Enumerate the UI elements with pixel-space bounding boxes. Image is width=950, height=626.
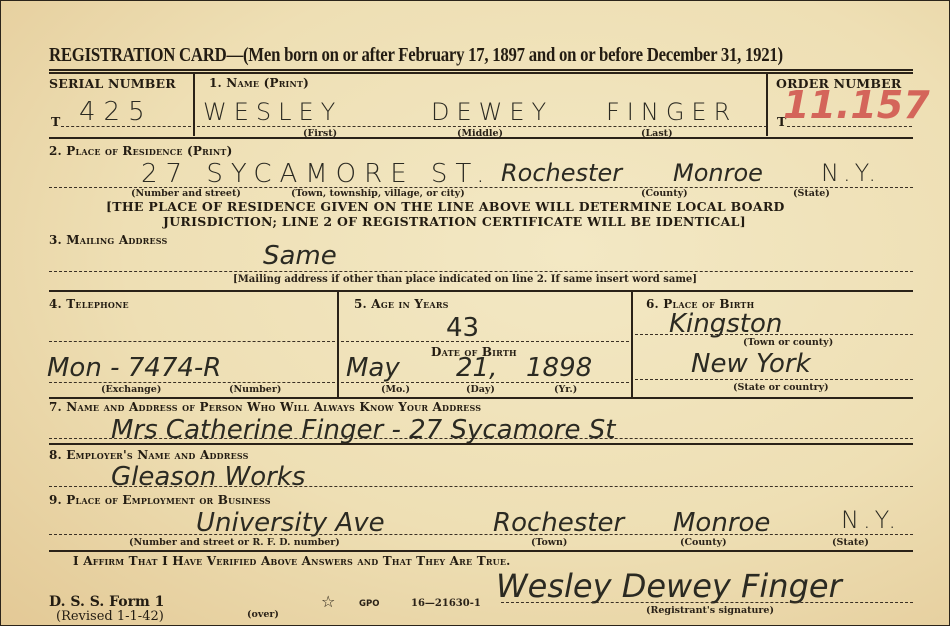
gpo-mark: GPO	[359, 599, 379, 609]
employment-street-caption: (Number and street or R. F. D. number)	[129, 537, 340, 548]
title-rule	[49, 69, 913, 71]
birthplace-state-line	[635, 379, 913, 380]
residence-street: 27 SYCAMORE ST.	[141, 159, 492, 189]
title-rule-double	[49, 72, 913, 74]
name-label: 1. Name (Print)	[209, 76, 309, 90]
employer-label: 8. Employer's Name and Address	[49, 448, 249, 462]
age-line	[341, 341, 629, 342]
serial-number-value: 425	[79, 97, 153, 127]
mailing-value: Same	[263, 241, 337, 271]
form-revised: (Revised 1-1-42)	[56, 609, 164, 624]
age-value: 43	[446, 313, 479, 343]
telephone-number-caption: (Number)	[229, 384, 281, 395]
telephone-value: Mon - 7474-R	[47, 353, 221, 383]
signature-line	[501, 602, 913, 603]
residence-notice-line1: [THE PLACE OF RESIDENCE GIVEN ON THE LIN…	[106, 199, 785, 214]
employer-value: Gleason Works	[111, 462, 305, 492]
mailing-caption: [Mailing address if other than place ind…	[233, 274, 697, 285]
telephone-exchange-caption: (Exchange)	[101, 384, 161, 395]
print-code: 16—21630-1	[411, 598, 481, 609]
employment-state: N.Y.	[841, 506, 900, 534]
dob-month: May	[346, 353, 400, 383]
residence-street-caption: (Number and street)	[131, 188, 241, 199]
employment-town-caption: (Town)	[531, 537, 567, 548]
residence-state-caption: (State)	[793, 188, 830, 199]
mailing-label: 3. Mailing Address	[49, 233, 168, 247]
serial-prefix: T	[51, 114, 61, 129]
row3-rule	[49, 290, 913, 292]
employment-county-caption: (County)	[680, 537, 727, 548]
employment-state-caption: (State)	[832, 537, 869, 548]
employment-line	[49, 534, 913, 535]
form-name: D. S. S. Form 1	[49, 594, 164, 610]
row9-rule	[49, 550, 913, 552]
name-last: FINGER	[606, 98, 737, 126]
registrant-signature: Wesley Dewey Finger	[496, 567, 842, 605]
row1-rule	[49, 137, 913, 139]
birthplace-state-caption: (State or country)	[733, 382, 829, 393]
residence-state: N.Y.	[821, 159, 880, 187]
employment-place-label: 9. Place of Employment or Business	[49, 493, 271, 507]
dob-year-caption: (Yr.)	[554, 384, 577, 395]
registration-card: REGISTRATION CARD—(Men born on or after …	[0, 0, 950, 626]
dob-day-caption: (Day)	[466, 384, 495, 395]
over-note: (over)	[247, 609, 279, 620]
residence-notice-line2: JURISDICTION; LINE 2 OF REGISTRATION CER…	[163, 214, 746, 229]
row7-rule	[49, 443, 913, 445]
signature-caption: (Registrant's signature)	[646, 605, 774, 616]
contact-value: Mrs Catherine Finger - 27 Sycamore St	[111, 415, 615, 445]
name-middle: DEWEY	[431, 98, 553, 126]
residence-county-caption: (County)	[641, 188, 688, 199]
dob-day: 21,	[456, 353, 497, 383]
name-line	[197, 126, 767, 127]
contact-label: 7. Name and Address of Person Who Will A…	[49, 400, 481, 414]
residence-town: Rochester	[501, 159, 622, 187]
telephone-label: 4. Telephone	[49, 297, 129, 311]
name-first: WESLEY	[203, 98, 342, 126]
birthplace-town-caption: (Town or county)	[743, 337, 833, 348]
dob-month-caption: (Mo.)	[381, 384, 410, 395]
row4-rule	[49, 397, 913, 399]
serial-number-label: SERIAL NUMBER	[49, 76, 176, 91]
mailing-line	[49, 271, 913, 272]
affirmation-text: I Affirm That I Have Verified Above Answ…	[73, 554, 511, 568]
card-title: REGISTRATION CARD—(Men born on or after …	[49, 45, 783, 67]
employer-line	[49, 486, 913, 487]
contact-line	[49, 438, 913, 439]
star-icon: ☆	[321, 592, 335, 611]
residence-label: 2. Place of Residence (Print)	[49, 144, 232, 158]
residence-town-caption: (Town, township, village, or city)	[291, 188, 465, 199]
order-number-value: 11.157	[783, 83, 930, 127]
birthplace-divider	[631, 292, 633, 397]
birthplace-town-line	[635, 334, 913, 335]
age-label: 5. Age in Years	[354, 297, 449, 311]
birthplace-state: New York	[691, 349, 811, 379]
serial-divider	[193, 74, 195, 136]
order-divider	[766, 74, 768, 136]
age-divider	[337, 292, 339, 397]
telephone-line-top	[49, 341, 335, 342]
residence-county: Monroe	[673, 159, 763, 187]
dob-year: 1898	[526, 353, 592, 383]
